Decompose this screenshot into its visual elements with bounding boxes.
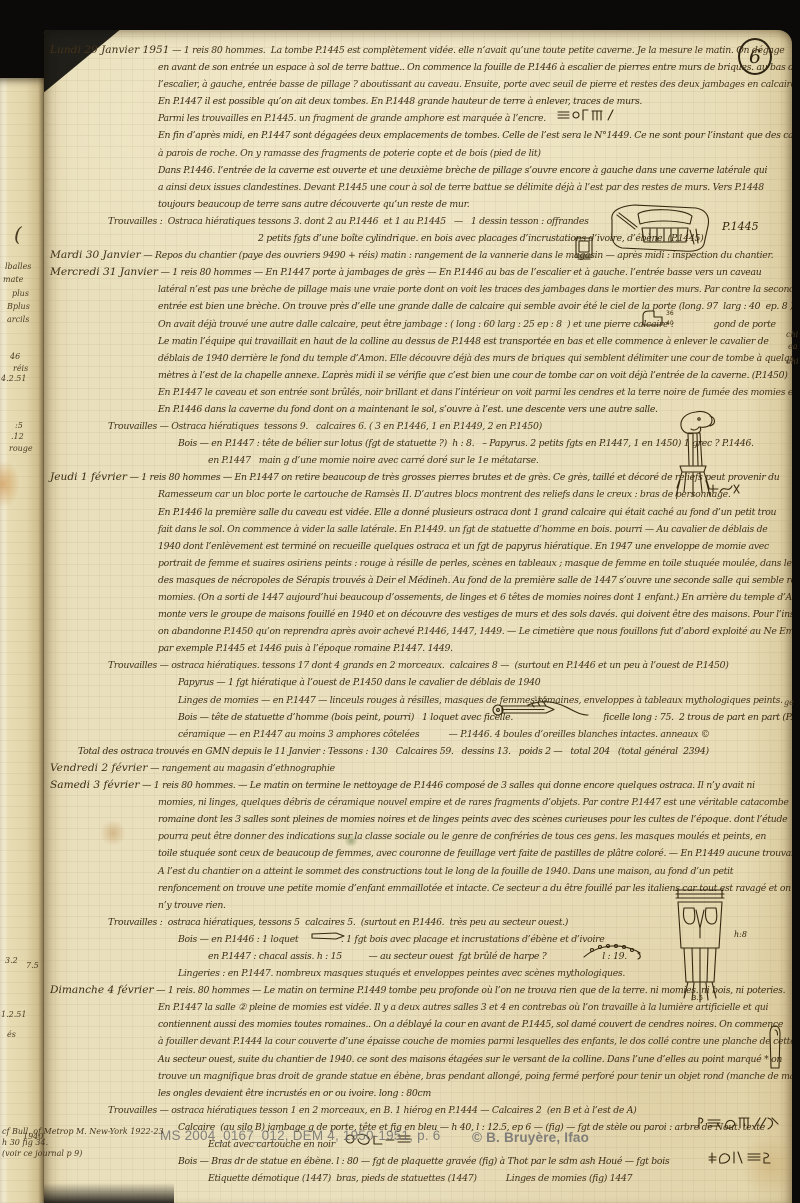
margin-reference-note: cf Bull. of Metrop M. New-York 1922-23 h… — [2, 1126, 172, 1159]
entry-date: Mercredi 31 Janvier — [50, 266, 158, 278]
watermark-id: MS 2004_0167_012, DEM 4, 1950-1951, p. 6 — [160, 1128, 440, 1143]
manuscript-line: Le matin l’équipe qui travaillait en hau… — [158, 333, 788, 350]
notebook-photo: 6 Lundi 29 Janvier 1951 — 1 reis 80 homm… — [0, 0, 800, 1203]
manuscript-line: momies. (On a sorti de 1447 aujourd’hui … — [158, 589, 788, 606]
manuscript-line: Linges de momies — en P.1447 — linceuls … — [178, 692, 788, 709]
manuscript-line: 1940 dont l’enlèvement est terminé on re… — [158, 538, 788, 555]
manuscript-line: Samedi 3 février — 1 reis 80 hommes. — L… — [50, 777, 788, 794]
manuscript-line: En P.1446 la première salle du caveau es… — [158, 504, 788, 521]
margin-note-line: (voir ce journal p 9) — [2, 1148, 172, 1159]
watermark-credit: © B. Bruyère, Ifao — [472, 1130, 589, 1145]
sketch-ostracon-label: P.1445 — [722, 220, 759, 233]
manuscript-line: Trouvailles — ostraca hiératiques. tesso… — [108, 657, 788, 674]
manuscript-line: toile stuquée sont ceux de beaucoup de f… — [158, 845, 788, 862]
manuscript-line: On avait déjà trouvé une autre dalle cal… — [158, 316, 788, 333]
page-edge-fragment: ( — [14, 222, 22, 246]
hieroglyphs-figure-mark-icon — [706, 482, 740, 496]
page-edge-fragment: mate — [3, 275, 23, 284]
manuscript-line: déblais de 1940 derrière le fond du temp… — [158, 350, 788, 367]
manuscript-line: les ongles devaient être incrustés en or… — [158, 1085, 788, 1102]
manuscript-line: En P.1447 le caveau et son entrée sont b… — [158, 384, 788, 401]
manuscript-line: Total des ostraca trouvés en GMN depuis … — [78, 743, 788, 760]
manuscript-line: en avant de son entrée un espace à sol d… — [158, 59, 788, 76]
manuscript-line: on abandonne P.1450 qu’on reprendra aprè… — [158, 623, 788, 640]
manuscript-line: Etiquette démotique (1447) bras, pieds d… — [208, 1170, 788, 1187]
manuscript-line: momies, ni linges, quelques débris de cé… — [158, 794, 788, 811]
entry-date: Lundi 29 Janvier 1951 — [50, 44, 170, 56]
manuscript-line: Mercredi 31 Janvier — 1 reis 80 hommes —… — [50, 264, 788, 281]
page-edge-fragment: Bplus — [7, 302, 30, 311]
sketch-door-pivot: 36 40 — [640, 306, 682, 328]
manuscript-line: a ainsi deux issues clandestines. Devant… — [158, 179, 788, 196]
manuscript-line: céramique — en P.1447 au moins 3 amphore… — [178, 726, 788, 743]
manuscript-line: Vendredi 2 février — rangement au magasi… — [50, 760, 788, 777]
manuscript-line: Papyrus — 1 fgt hiératique à l’ouest de … — [178, 674, 788, 691]
sketch-capital-height-label: h:8 — [734, 930, 747, 939]
manuscript-line: Bois — tête de statuette d’homme (bois p… — [178, 709, 788, 726]
svg-text:40: 40 — [666, 320, 674, 327]
manuscript-line: trouve un magnifique bras droit de grand… — [158, 1068, 788, 1085]
page-edge-fragment: réis — [13, 364, 28, 373]
manuscript-line: entrée est bien une brèche. On trouve pr… — [158, 298, 788, 315]
manuscript-line: à parois de roche. On y ramasse des frag… — [158, 145, 788, 162]
manuscript-line: des masques de nécropoles de Sérapis tro… — [158, 572, 788, 589]
journal-page: 6 Lundi 29 Janvier 1951 — 1 reis 80 homm… — [44, 30, 792, 1203]
sketch-latch-with-string: 11.5 — [490, 694, 590, 720]
page-edge-fragment: 4.2.51 — [1, 374, 26, 383]
sketch-harp-fragment — [580, 940, 644, 960]
page-edge-fragment: arcils — [7, 315, 29, 324]
hieroglyphs-amphora-mark-icon — [556, 108, 616, 122]
manuscript-line: à fouiller devant P.1444 la cour couvert… — [158, 1033, 788, 1050]
manuscript-line: A l’est du chantier on a atteint le somm… — [158, 863, 788, 880]
svg-text:3.5: 3.5 — [692, 994, 703, 1002]
page-edge-fragment: 3.2 — [5, 956, 18, 965]
page-edge-fragment: ohi — [786, 357, 799, 366]
manuscript-line: mètres à l’est de la chapelle annexe. L’… — [158, 367, 788, 384]
page-edge-fragment: 1.2.51 — [1, 1010, 26, 1019]
page-edge-fragment: ge — [784, 698, 794, 707]
page-edge-fragment: lballes — [5, 262, 31, 271]
manuscript-line: l’escalier, à gauche, entrée basse de pi… — [158, 76, 788, 93]
page-edge-fragment: plus — [12, 289, 29, 298]
page-edge-fragment: és — [7, 1030, 16, 1039]
entry-date: Samedi 3 février — [50, 779, 140, 791]
manuscript-line: Au secteur ouest, suite du chantier de 1… — [158, 1051, 788, 1068]
sketch-latch-simple — [310, 931, 346, 941]
sketch-composite-capital: 3.5 — [672, 888, 728, 1006]
page-edge-fragment: ea — [788, 342, 798, 351]
manuscript-line: En P.1447 il est possible qu’on ait deux… — [158, 93, 788, 110]
sketch-ostracon-offerings — [604, 202, 714, 254]
manuscript-line: par exemple P.1445 et 1446 puis à l’époq… — [158, 640, 788, 657]
manuscript-line: monte vers le groupe de maisons fouillé … — [158, 606, 788, 623]
page-edge-fragment: 46 — [10, 352, 20, 361]
entry-date: Dimanche 4 février — [50, 984, 154, 996]
hieroglyphs-nout-text-icon — [696, 1116, 780, 1131]
manuscript-line: portrait de femme et suaires osiriens pe… — [158, 555, 788, 572]
page-edge-fragment: chi — [786, 330, 798, 339]
manuscript-line: En fin d’après midi, en P.1447 sont déga… — [158, 127, 788, 144]
page-edge-fragment: rouge — [9, 444, 33, 453]
entry-date: Jeudi 1 février — [50, 471, 127, 483]
manuscript-line: pourra peut être donner des indications … — [158, 828, 788, 845]
photo-bottom-shadow — [44, 1183, 174, 1203]
page-edge-fragment: .12 — [11, 432, 24, 441]
entry-date: Mardi 30 Janvier — [50, 249, 141, 261]
manuscript-line: Trouvailles — ostraca hiératiques tesson… — [108, 1102, 788, 1119]
page-edge-fragment: 7.5 — [26, 961, 39, 970]
entry-date: Vendredi 2 février — [50, 762, 148, 774]
manuscript-line: Parmi les trouvailles en P.1445. un frag… — [158, 110, 788, 127]
page-edge-fragment: :5 — [15, 421, 23, 430]
manuscript-line: latéral n’est pas une brèche de pillage … — [158, 281, 788, 298]
sketch-inlaid-box — [574, 236, 594, 260]
manuscript-line: fait dans le sol. On commence à vider la… — [158, 521, 788, 538]
hieroglyphs-wood-label-icon — [708, 1150, 772, 1166]
manuscript-line: contiennent aussi des momies toutes roma… — [158, 1016, 788, 1033]
page-edge-fragment: 1940 — [23, 1132, 43, 1141]
manuscript-line: Lundi 29 Janvier 1951 — 1 reis 80 hommes… — [50, 42, 788, 59]
manuscript-line: Dans P.1446. l’entrée de la caverne est … — [158, 162, 788, 179]
svg-text:36: 36 — [666, 310, 674, 317]
manuscript-line: Bois — Bras dr de statue en ébène. l : 8… — [178, 1153, 788, 1170]
sketch-mummy-board — [768, 1024, 782, 1072]
manuscript-line: romaine dont les 3 salles sont pleines d… — [158, 811, 788, 828]
